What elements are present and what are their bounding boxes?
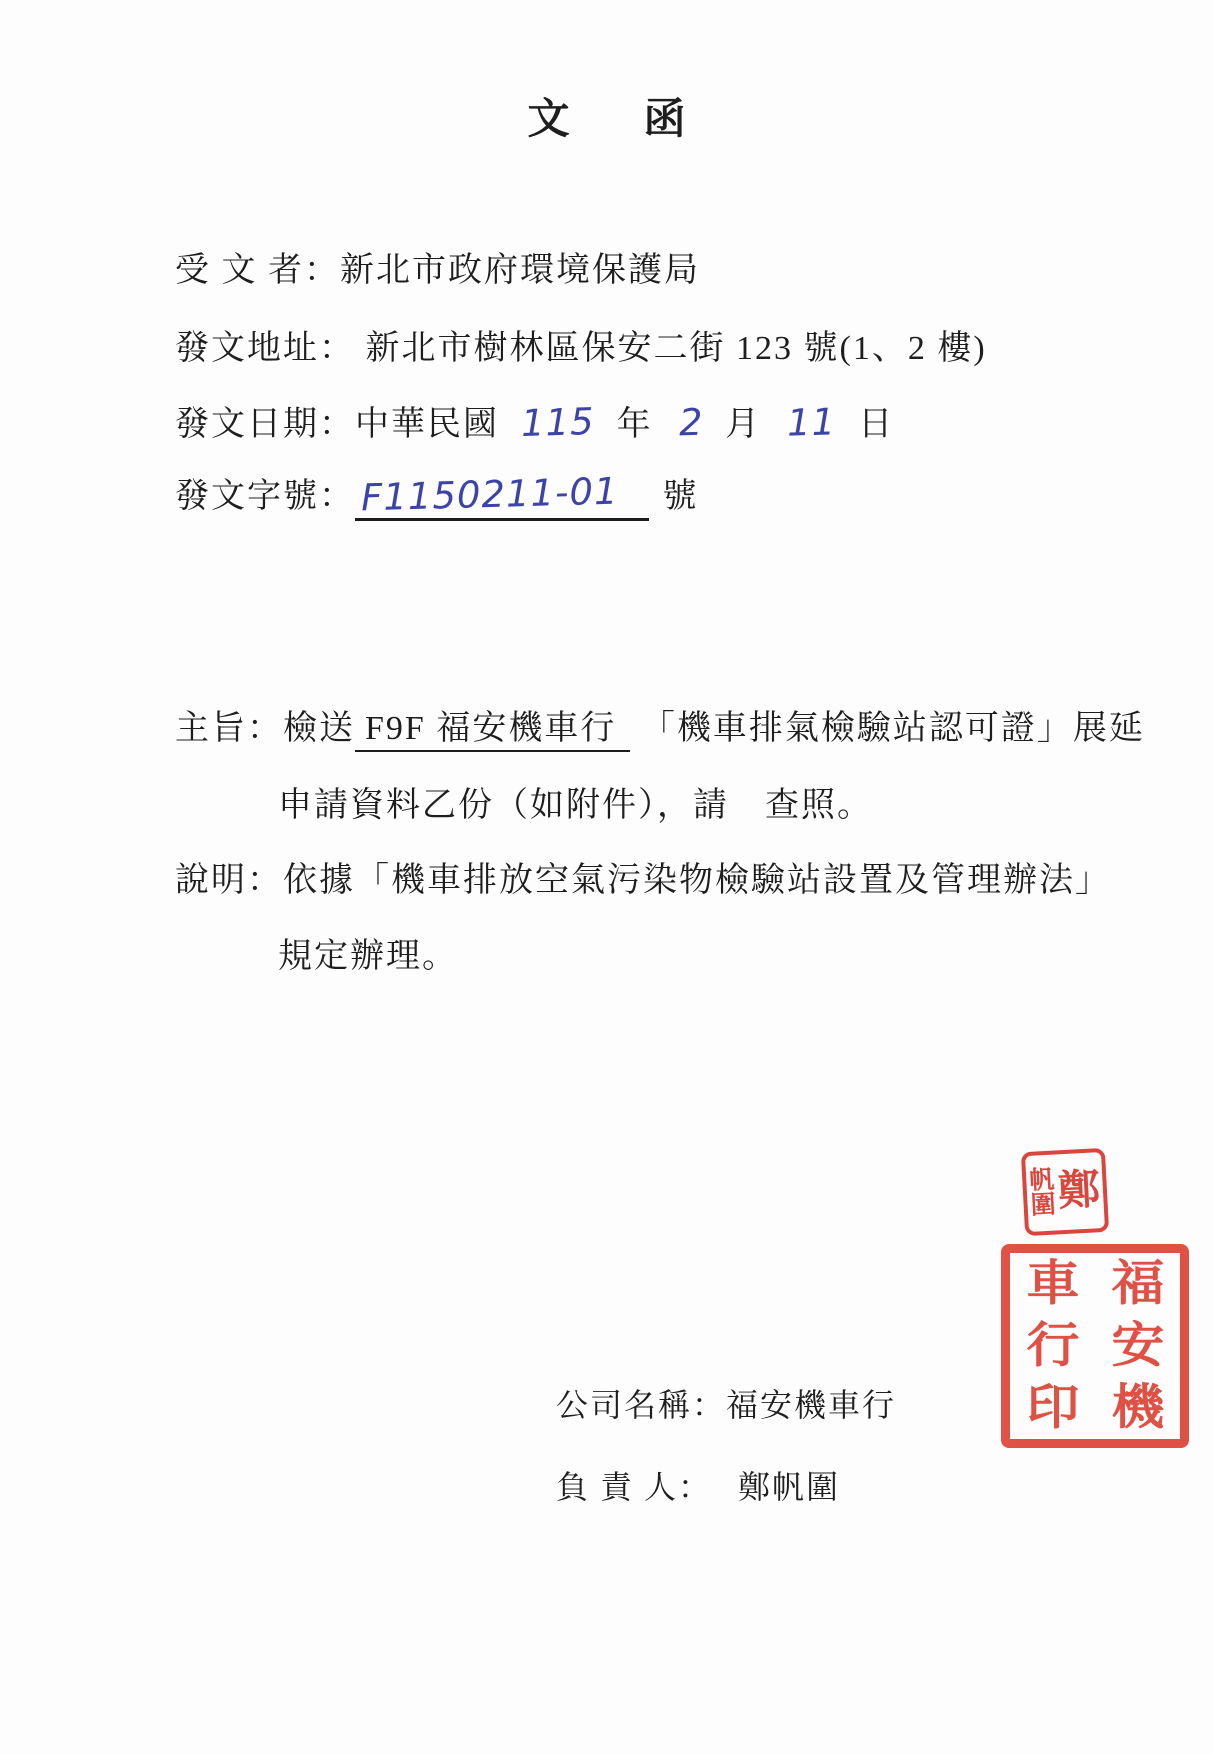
company-name-line: 公司名稱：福安機車行 <box>556 1380 896 1426</box>
day-unit: 日 <box>858 406 894 443</box>
subject-line2-text: 申請資料乙份（如附件），請 查照。 <box>278 787 873 824</box>
subject-line-2: 申請資料乙份（如附件），請 查照。 <box>278 777 873 826</box>
seal-side-column: 帆 圍 <box>1029 1168 1057 1219</box>
docnum-underline: F1150211-01 <box>355 473 649 521</box>
docnum-line: 發文字號：F1150211-01號 <box>175 468 699 521</box>
subject-line-1: 主旨：檢送F9F 福安機車行 「機車排氣檢驗站認可證」展延 <box>175 700 1145 749</box>
company-seal-char: 行 <box>1026 1322 1079 1370</box>
company-seal-stamp: 福 安 機 車 行 印 <box>1001 1244 1189 1448</box>
subject-label: 主旨： <box>175 710 283 747</box>
seal-char-top: 帆 <box>1029 1168 1055 1194</box>
handwritten-day: 11 <box>787 400 837 444</box>
month-unit: 月 <box>725 406 761 443</box>
title-char: 函 <box>644 86 686 146</box>
company-label: 公司名稱： <box>556 1387 726 1423</box>
company-seal-char: 印 <box>1026 1384 1079 1432</box>
explanation-line-1: 說明：依據「機車排放空氣污染物檢驗站設置及管理辦法」 <box>175 852 1111 901</box>
personal-name-seal-stamp: 鄭 帆 圍 <box>1021 1148 1109 1236</box>
document-title: 文 函 <box>0 86 1213 146</box>
explanation-line2-text: 規定辦理。 <box>278 938 458 975</box>
scanned-letter-page: 文 函 受 文 者：新北市政府環境保護局 發文地址： 新北市樹林區保安二街 12… <box>0 0 1213 1754</box>
date-line: 發文日期：中華民國115年2月11日 <box>175 396 898 445</box>
recipient-label: 受 文 者： <box>175 252 340 289</box>
docnum-unit: 號 <box>663 478 699 515</box>
company-seal-char: 車 <box>1026 1260 1079 1308</box>
recipient-value: 新北市政府環境保護局 <box>340 252 700 289</box>
subject-pre: 檢送 <box>283 710 355 747</box>
company-seal-char: 福 <box>1111 1260 1164 1308</box>
company-seal-char: 安 <box>1111 1322 1164 1370</box>
title-char: 文 <box>527 86 569 146</box>
handwritten-docnum: F1150211-01 <box>360 470 619 520</box>
explanation-label: 說明： <box>175 862 283 899</box>
company-value: 福安機車行 <box>726 1387 896 1423</box>
date-label: 發文日期： <box>175 406 355 443</box>
owner-value: 鄭帆圍 <box>738 1469 840 1505</box>
explanation-line-2: 規定辦理。 <box>278 928 458 977</box>
seal-char-main: 鄭 <box>1057 1169 1101 1213</box>
subject-post: 「機車排氣檢驗站認可證」展延 <box>641 710 1145 747</box>
explanation-text: 依據「機車排放空氣污染物檢驗站設置及管理辦法」 <box>283 862 1111 899</box>
subject-underlined-company: F9F 福安機車行 <box>355 710 630 752</box>
company-seal-char: 機 <box>1111 1384 1164 1432</box>
handwritten-month: 2 <box>678 401 704 445</box>
owner-label: 負 責 人： <box>556 1469 712 1505</box>
seal-char-bottom: 圍 <box>1030 1193 1056 1219</box>
address-value: 新北市樹林區保安二街 123 號(1、2 樓) <box>355 330 987 367</box>
handwritten-year: 115 <box>520 400 595 445</box>
address-line: 發文地址： 新北市樹林區保安二街 123 號(1、2 樓) <box>175 320 987 369</box>
owner-line: 負 責 人：鄭帆圍 <box>556 1462 840 1508</box>
year-unit: 年 <box>617 406 653 443</box>
recipient-line: 受 文 者：新北市政府環境保護局 <box>175 242 700 291</box>
date-era-prefix: 中華民國 <box>355 406 499 443</box>
docnum-label: 發文字號： <box>175 478 355 515</box>
address-label: 發文地址： <box>175 330 355 367</box>
